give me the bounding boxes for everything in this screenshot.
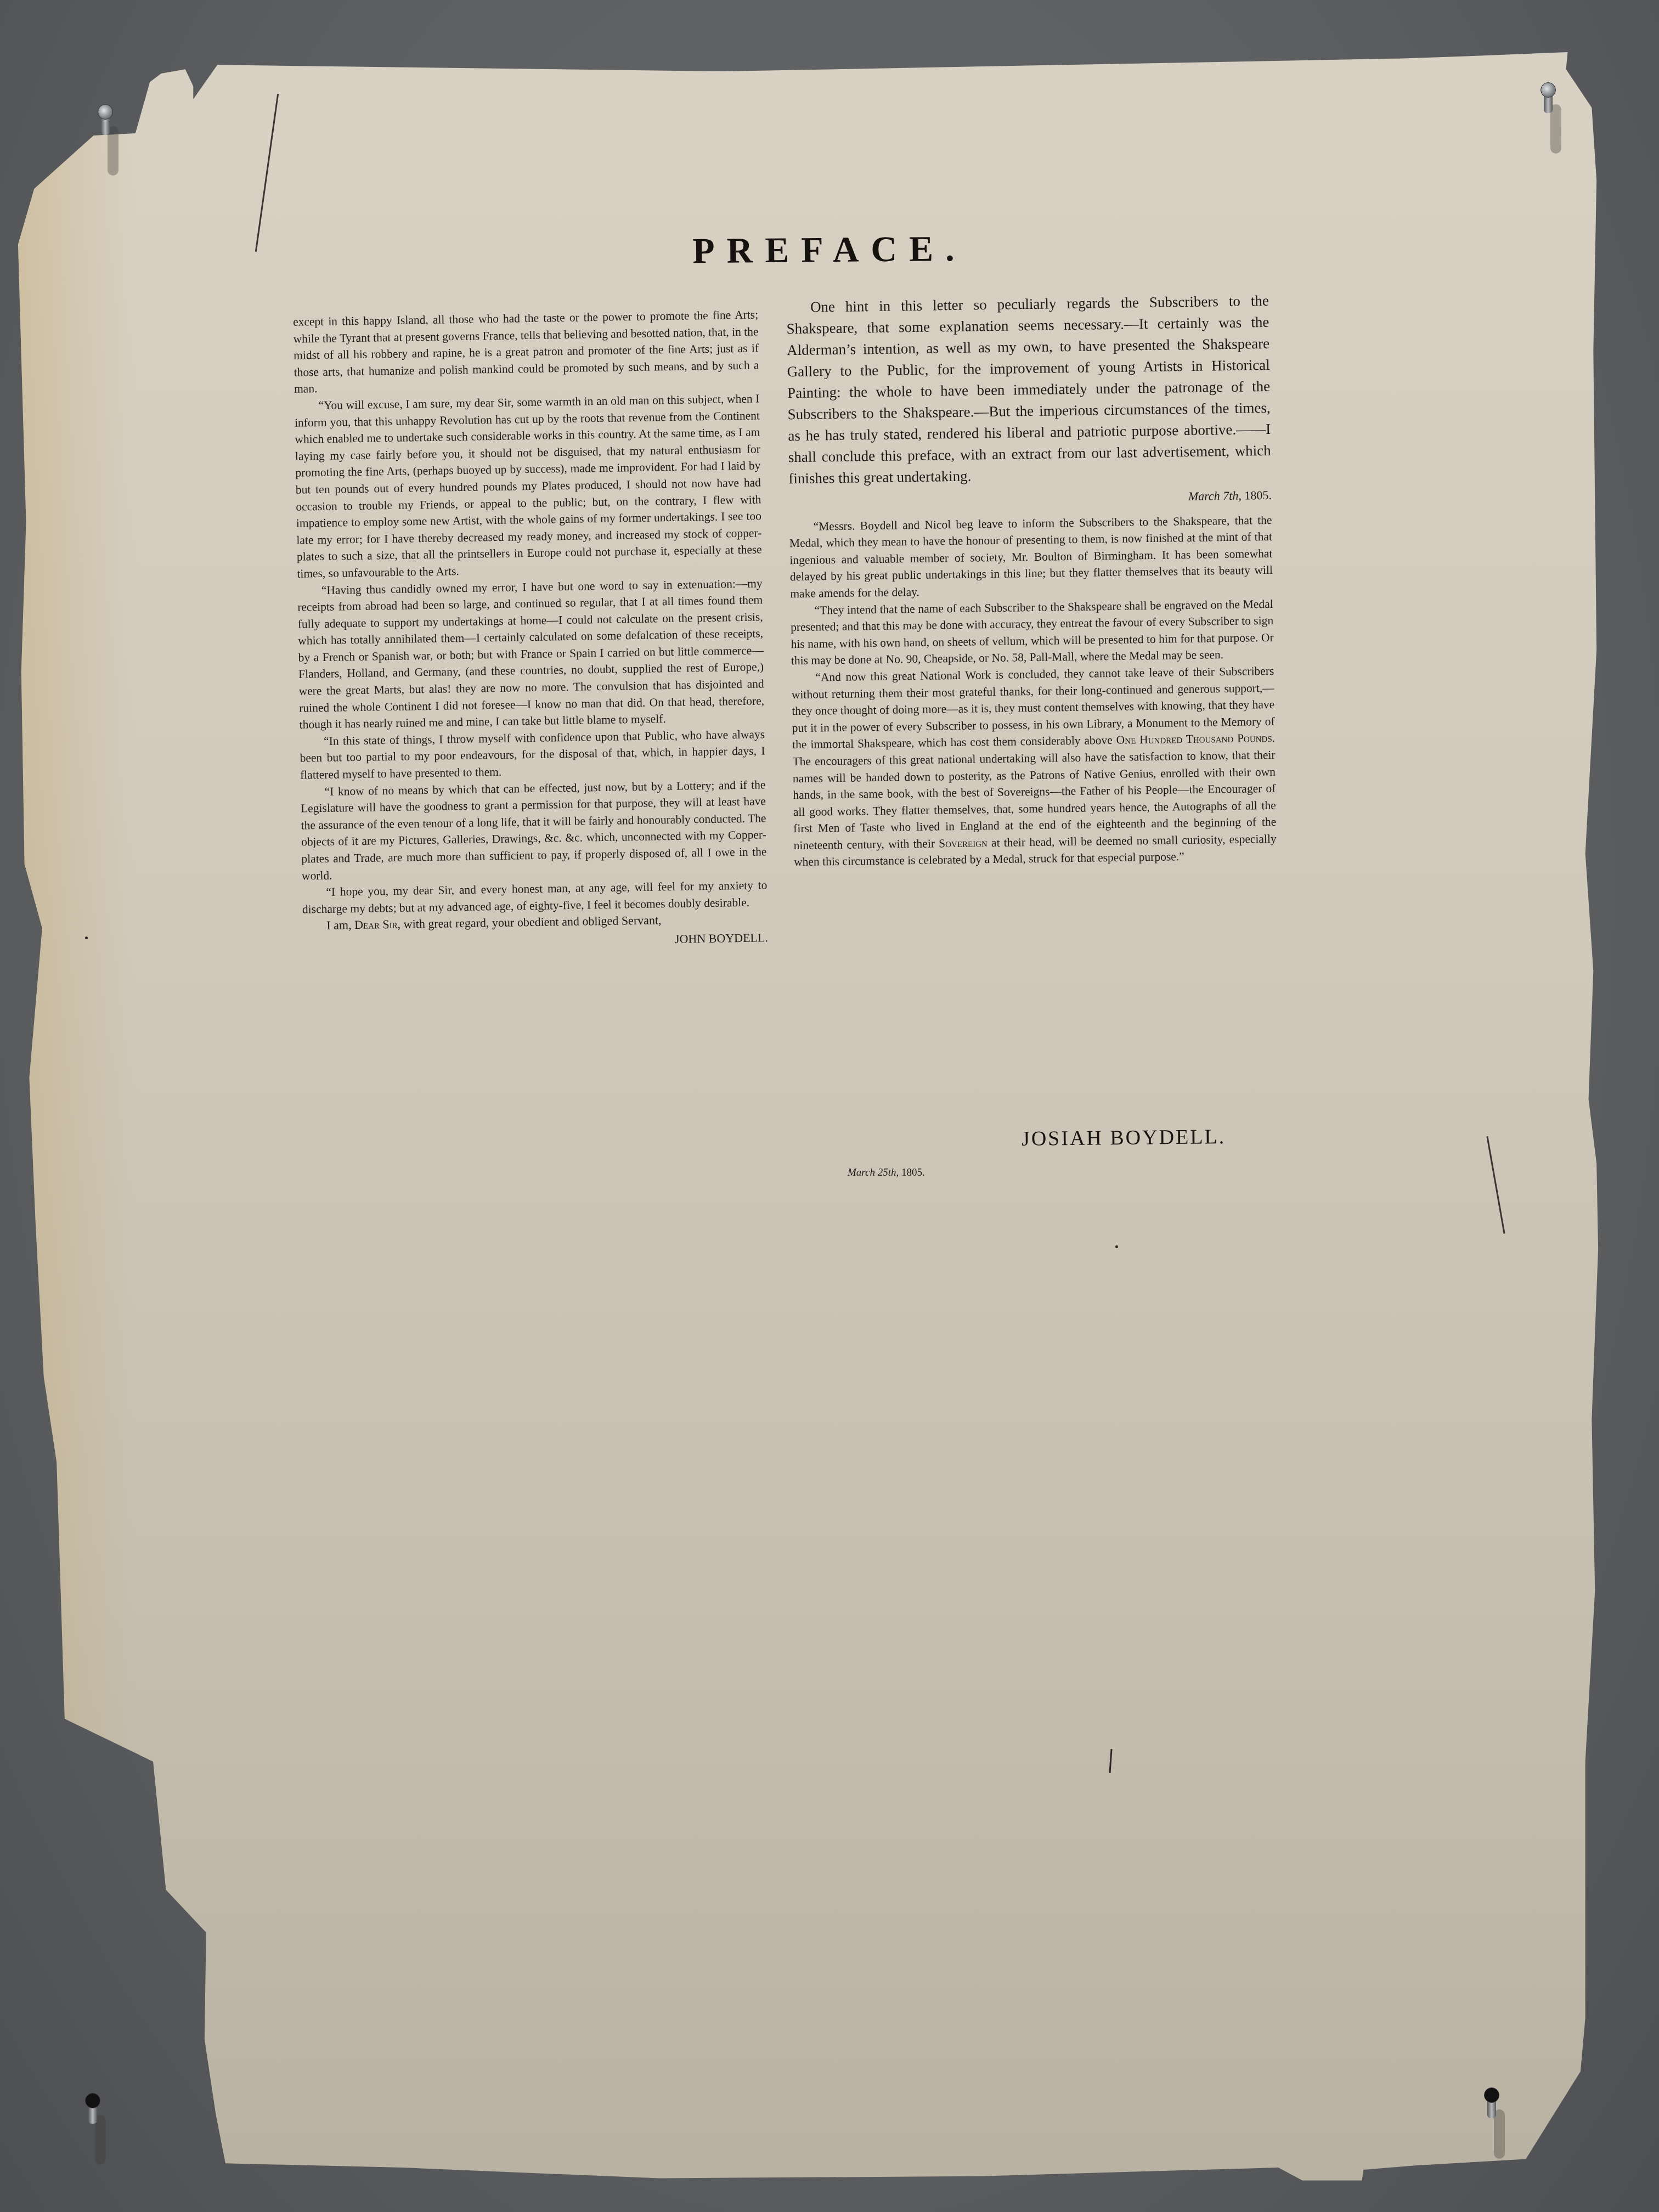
- mounting-pin-icon: [1541, 82, 1556, 121]
- mounting-pin-icon: [85, 2093, 100, 2131]
- amount: One Hundred Thousand Pounds.: [1116, 731, 1276, 747]
- paper-speck: [85, 936, 88, 939]
- extract-paragraph: “Messrs. Boydell and Nicol beg leave to …: [789, 511, 1273, 602]
- signature-josiah-boydell: JOSIAH BOYDELL.: [1022, 1125, 1226, 1151]
- paragraph: except in this happy Island, all those w…: [293, 306, 759, 397]
- extract-paragraph: “They intend that the name of each Subsc…: [791, 595, 1274, 669]
- lead-paragraph: One hint in this letter so peculiarly re…: [786, 290, 1272, 489]
- paper-speck: [1115, 1245, 1118, 1248]
- left-column: except in this happy Island, all those w…: [293, 306, 768, 953]
- paragraph: “Having thus candidly owned my error, I …: [297, 575, 765, 733]
- paragraph: “In this state of things, I throw myself…: [300, 726, 765, 783]
- extract-date: March 7th, 1805.: [789, 487, 1272, 511]
- paragraph: “You will excuse, I am sure, my dear Sir…: [294, 390, 762, 582]
- paragraph: “I know of no means by which that can be…: [300, 776, 767, 884]
- mounting-pin-icon: [1484, 2087, 1499, 2126]
- preface-date: March 25th, 1805.: [848, 1167, 925, 1179]
- right-column: One hint in this letter so peculiarly re…: [786, 290, 1277, 871]
- salutation: Dear Sir: [354, 917, 398, 932]
- extract-paragraph-final: “And now this great National Work is con…: [791, 663, 1277, 871]
- mounting-pin-icon: [98, 104, 113, 143]
